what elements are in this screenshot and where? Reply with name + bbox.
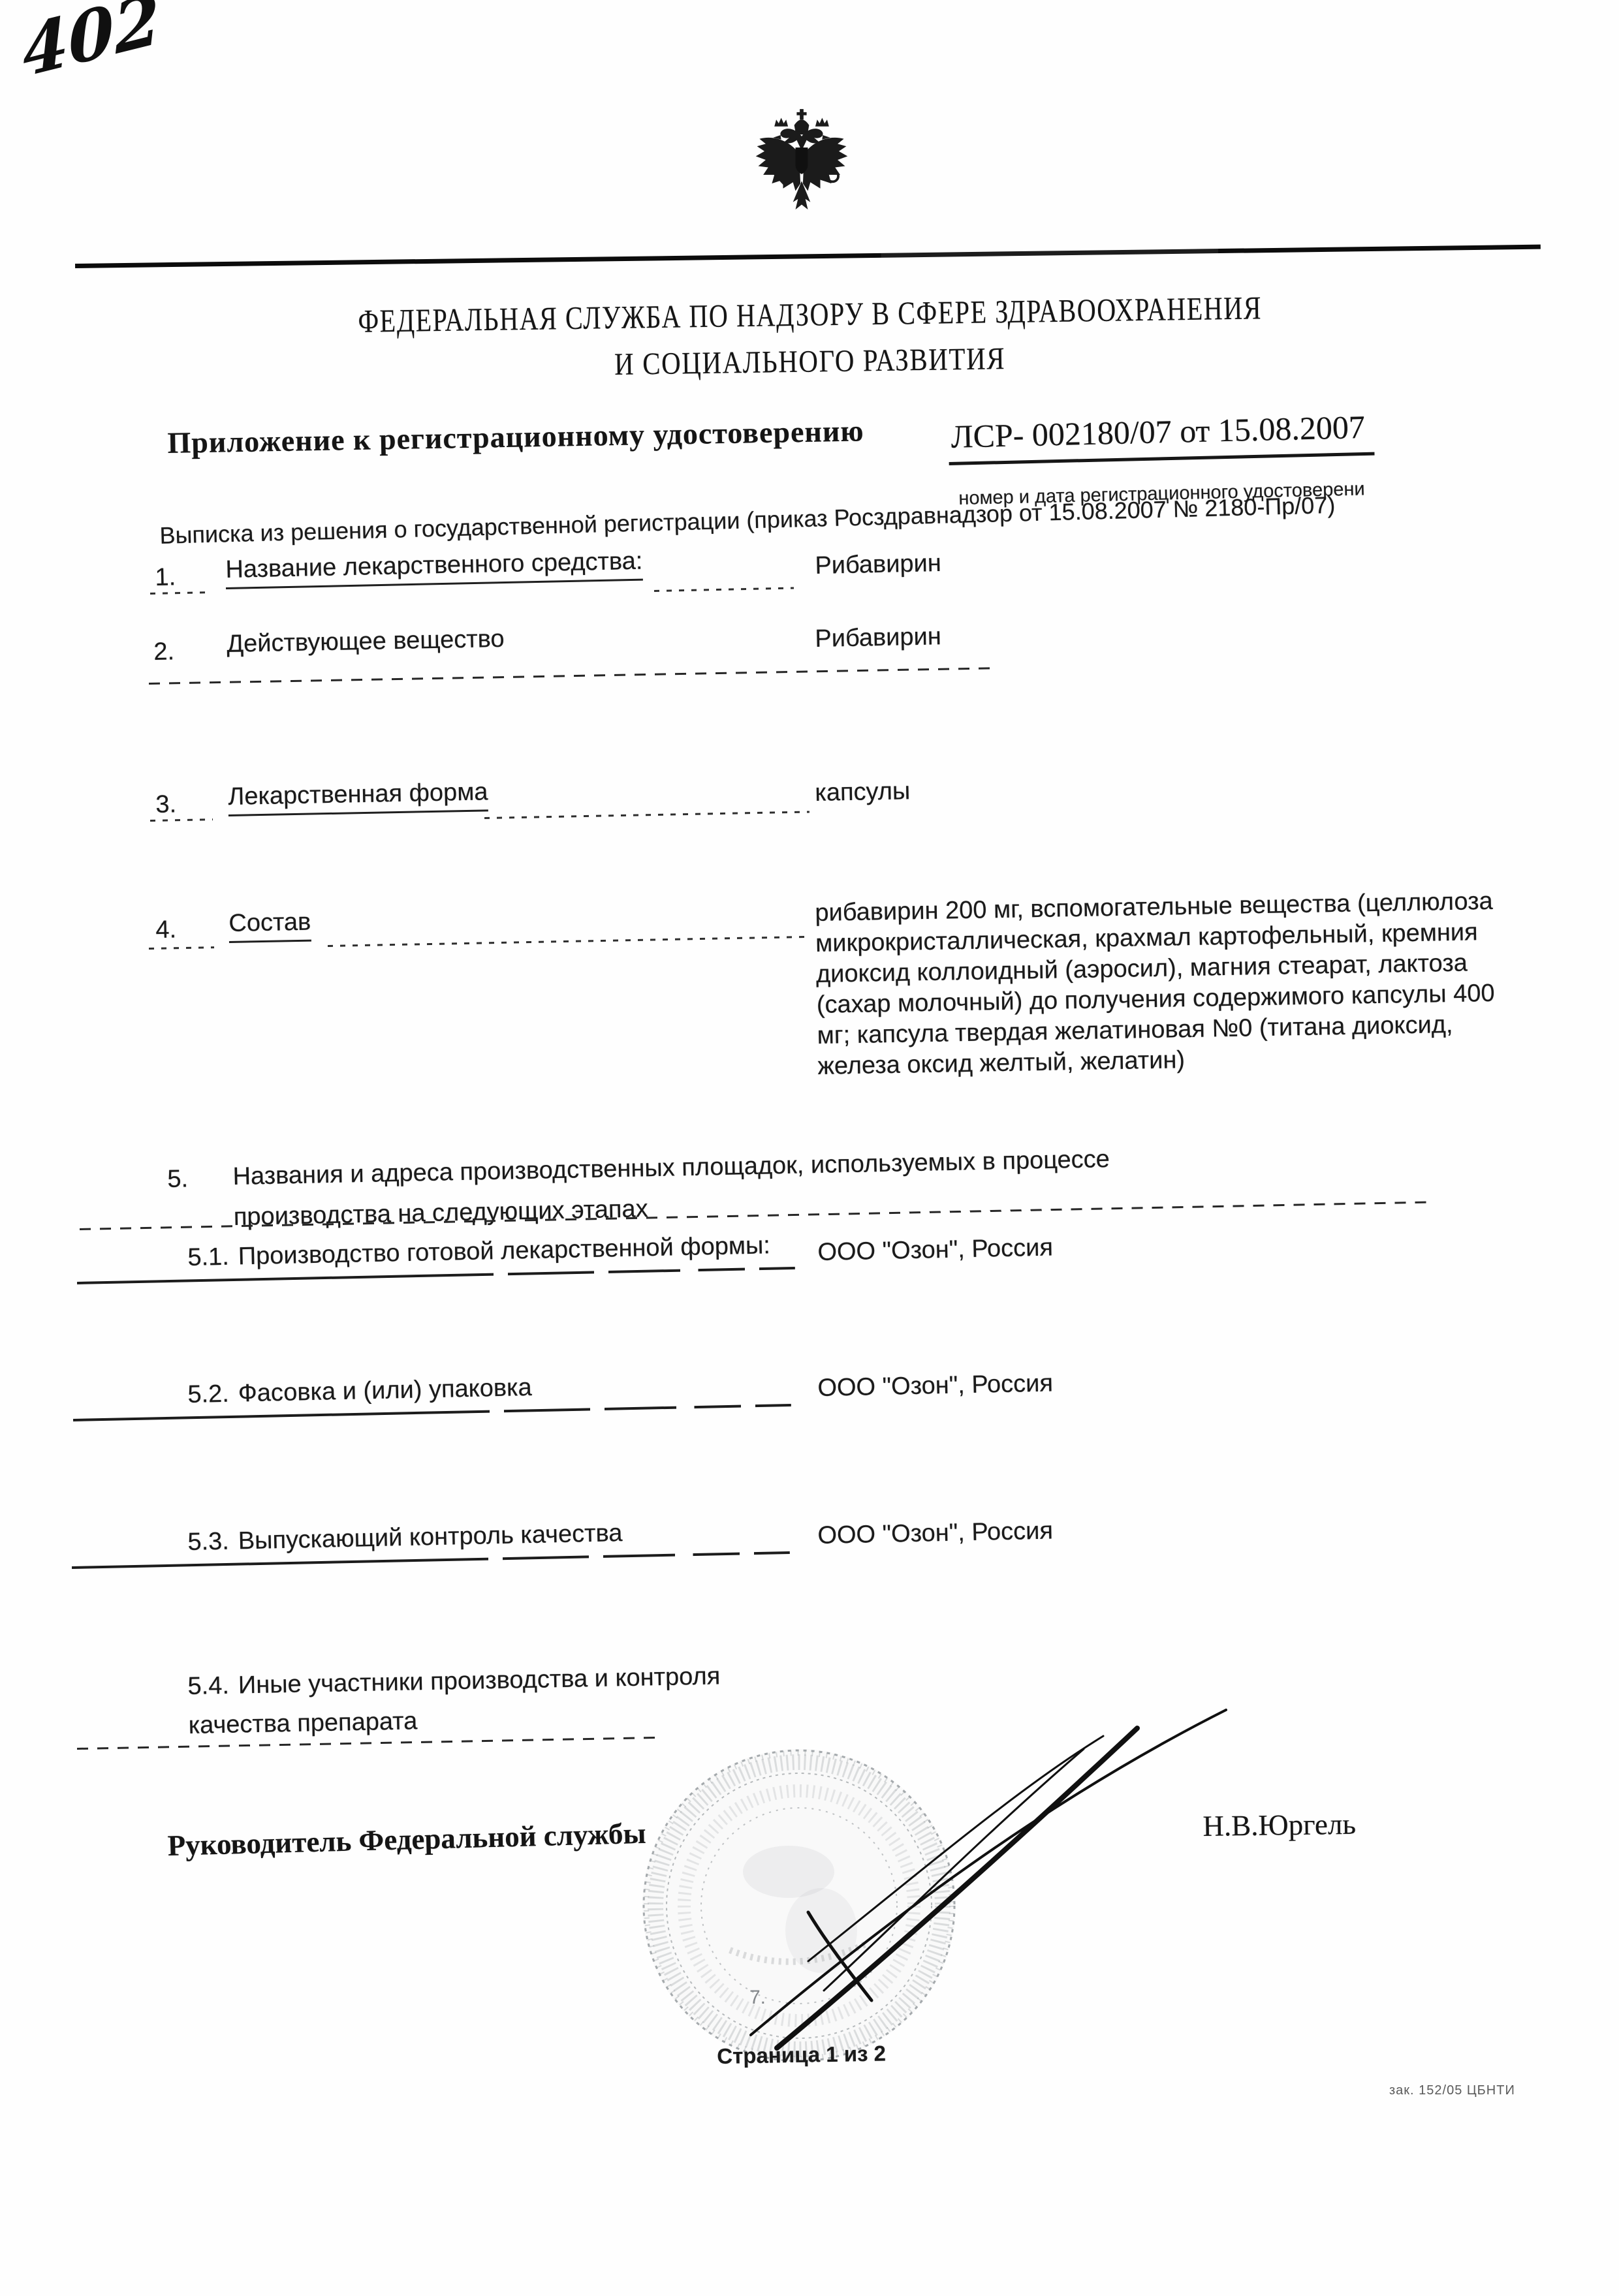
subitem-label: Выпускающий контроль качества	[238, 1519, 622, 1555]
dotted-underline	[150, 591, 210, 595]
item-number: 2.	[153, 638, 175, 666]
dotted-underline	[149, 946, 214, 950]
item-value: Рибавирин	[815, 550, 941, 580]
subitem-row: 5.2.Фасовка и (или) упаковка	[187, 1374, 532, 1409]
label-underline	[72, 1551, 790, 1569]
dotted-underline	[150, 818, 213, 822]
item-value: рибавирин 200 мг, вспомогательные вещест…	[815, 886, 1497, 1082]
subitem-row: 5.1.Производство готовой лекарственной ф…	[187, 1232, 770, 1272]
item-label: Действующее вещество	[227, 625, 505, 659]
dotted-underline	[654, 587, 794, 592]
item-value: Рибавирин	[815, 623, 941, 653]
subitem-value: ООО "Озон", Россия	[817, 1517, 1053, 1550]
agency-name-line2-text: И СОЦИАЛЬНОГО РАЗВИТИЯ	[614, 341, 1005, 382]
coat-of-arms-icon	[752, 107, 851, 214]
item-label: Лекарственная форма	[228, 778, 488, 816]
item-label: Название лекарственного средства:	[225, 548, 643, 589]
subitem-number: 5.3.	[187, 1528, 229, 1556]
agency-name-line1-text: ФЕДЕРАЛЬНАЯ СЛУЖБА ПО НАДЗОРУ В СФЕРЕ ЗД…	[358, 288, 1262, 340]
item-value: капсулы	[815, 777, 911, 807]
dotted-underline	[328, 936, 809, 947]
header-divider	[75, 245, 1541, 268]
subitem-number: 5.2.	[187, 1380, 229, 1408]
agency-name-line2: И СОЦИАЛЬНОГО РАЗВИТИЯ	[131, 334, 1489, 390]
handwritten-page-number: 402	[20, 0, 163, 93]
appendix-label: Приложение к регистрационному удостовере…	[167, 413, 864, 460]
page-indicator: Страница 1 из 2	[717, 2041, 886, 2069]
subitem-number: 5.1.	[187, 1243, 229, 1271]
dashed-underline	[149, 667, 999, 685]
print-code: зак. 152/05 ЦБНТИ	[1389, 2083, 1515, 2098]
signature-title: Руководитель Федеральной службы	[167, 1816, 646, 1863]
subitem-number: 5.4.	[187, 1672, 229, 1700]
item-number: 3.	[155, 790, 177, 819]
subitem-label: Производство готовой лекарственной формы…	[238, 1232, 770, 1270]
label-underline	[77, 1267, 795, 1284]
dotted-underline	[484, 811, 809, 819]
subitem-row: 5.4.Иные участники производства и контро…	[187, 1655, 789, 1745]
handwritten-signature	[705, 1684, 1260, 2075]
registration-number: ЛСР- 002180/07 от 15.08.2007	[948, 408, 1375, 465]
extract-line: Выписка из решения о государственной рег…	[159, 491, 1336, 550]
subitem-row: 5.3.Выпускающий контроль качества	[187, 1519, 623, 1557]
item-number: 1.	[155, 563, 176, 592]
label-underline	[73, 1404, 791, 1421]
subitem-value: ООО "Озон", Россия	[817, 1233, 1053, 1267]
signature-name: Н.В.Юргель	[1202, 1807, 1356, 1843]
item-number: 5.	[167, 1165, 189, 1194]
subitem-label: Иные участники производства и контроля к…	[188, 1662, 720, 1739]
agency-name-line1: ФЕДЕРАЛЬНАЯ СЛУЖБА ПО НАДЗОРУ В СФЕРЕ ЗД…	[131, 285, 1489, 343]
item-label: Состав	[228, 908, 311, 943]
item-number: 4.	[155, 916, 177, 944]
document-page: 402 ФЕДЕРАЛЬНАЯ СЛУЖБА ПО НАДЗОРУ В СФЕР…	[0, 0, 1619, 2296]
subitem-value: ООО "Озон", Россия	[817, 1369, 1053, 1403]
subitem-label: Фасовка и (или) упаковка	[238, 1374, 532, 1407]
